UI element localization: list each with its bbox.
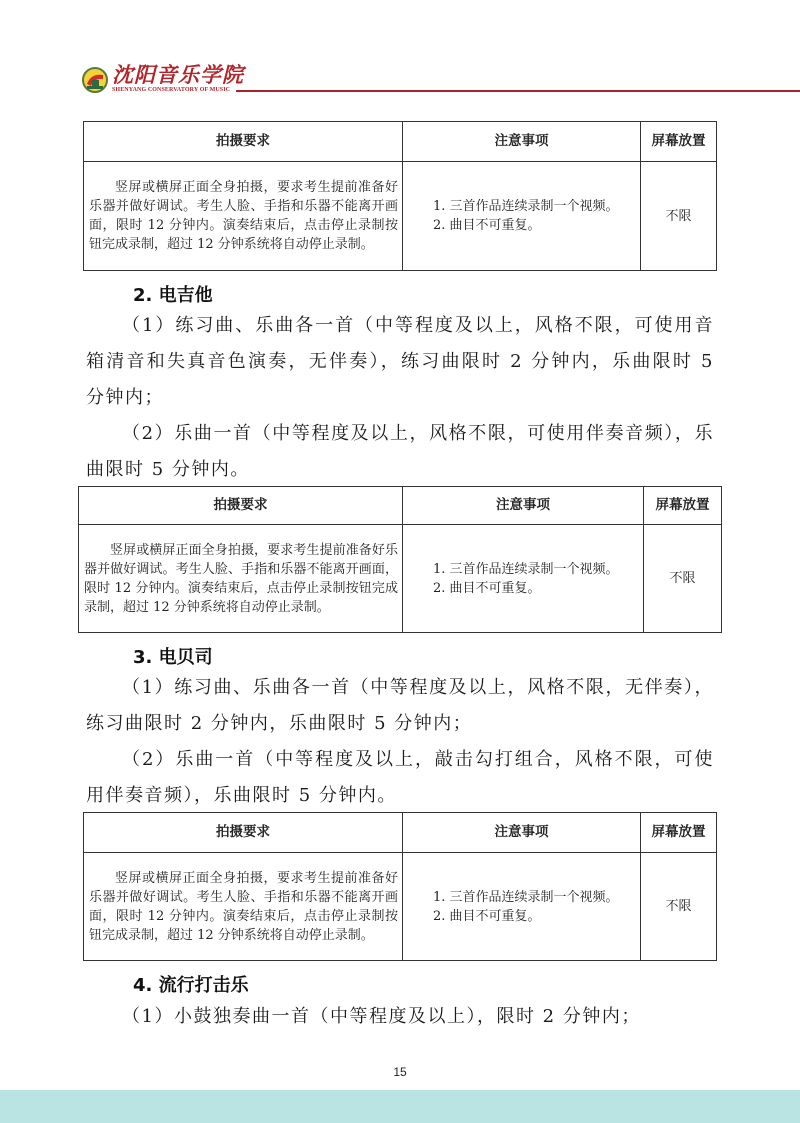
requirements-cell: 竖屏或横屏正面全身拍摄，要求考生提前准备好乐器并做好调试。考生人脸、手指和乐器不…	[79, 525, 403, 633]
notes-cell: 1. 三首作品连续录制一个视频。 2. 曲目不可重复。	[403, 162, 641, 271]
conservatory-emblem-icon	[82, 67, 108, 93]
header-cell-screen: 屏幕放置	[641, 813, 717, 853]
header-cell-notes: 注意事项	[403, 813, 641, 853]
notes-cell: 1. 三首作品连续录制一个视频。 2. 曲目不可重复。	[403, 525, 644, 633]
section-item: （1）练习曲、乐曲各一首（中等程度及以上，风格不限，可使用音箱清音和失真音色演奏…	[86, 308, 714, 416]
footer-band	[0, 1090, 800, 1123]
notes-cell: 1. 三首作品连续录制一个视频。 2. 曲目不可重复。	[403, 853, 641, 961]
table-row: 竖屏或横屏正面全身拍摄，要求考生提前准备好乐器并做好调试。考生人脸、手指和乐器不…	[79, 525, 722, 633]
requirements-table-3: 拍摄要求 注意事项 屏幕放置 竖屏或横屏正面全身拍摄，要求考生提前准备好乐器并做…	[83, 812, 717, 961]
document-header: 沈阳音乐学院 SHENYANG CONSERVATORY OF MUSIC	[0, 60, 800, 100]
section-item: （2）乐曲一首（中等程度及以上，敲击勾打组合，风格不限，可使用伴奏音频），乐曲限…	[86, 742, 714, 814]
note-item: 1. 三首作品连续录制一个视频。	[407, 560, 639, 579]
note-item: 2. 曲目不可重复。	[407, 907, 636, 926]
header-divider	[236, 90, 800, 92]
table-row: 竖屏或横屏正面全身拍摄，要求考生提前准备好乐器并做好调试。考生人脸、手指和乐器不…	[84, 162, 717, 271]
institution-name-cn: 沈阳音乐学院	[112, 63, 244, 87]
header-cell-requirements: 拍摄要求	[79, 487, 403, 525]
institution-name-en: SHENYANG CONSERVATORY OF MUSIC	[112, 87, 230, 94]
screen-cell: 不限	[641, 162, 717, 271]
section-item: （1）小鼓独奏曲一首（中等程度及以上），限时 2 分钟内；	[86, 999, 714, 1035]
requirements-table-1: 拍摄要求 注意事项 屏幕放置 竖屏或横屏正面全身拍摄，要求考生提前准备好乐器并做…	[83, 121, 717, 271]
table-header-row: 拍摄要求 注意事项 屏幕放置	[84, 813, 717, 853]
table-header-row: 拍摄要求 注意事项 屏幕放置	[84, 122, 717, 162]
table-row: 竖屏或横屏正面全身拍摄，要求考生提前准备好乐器并做好调试。考生人脸、手指和乐器不…	[84, 853, 717, 961]
header-cell-notes: 注意事项	[403, 122, 641, 162]
section-item: （1）练习曲、乐曲各一首（中等程度及以上，风格不限，无伴奏），练习曲限时 2 分…	[86, 670, 714, 742]
section-title-electric-bass: 3. 电贝司	[133, 643, 213, 669]
header-cell-screen: 屏幕放置	[644, 487, 722, 525]
requirements-cell: 竖屏或横屏正面全身拍摄，要求考生提前准备好乐器并做好调试。考生人脸、手指和乐器不…	[84, 853, 403, 961]
note-item: 1. 三首作品连续录制一个视频。	[407, 197, 636, 216]
header-cell-screen: 屏幕放置	[641, 122, 717, 162]
section-title-pop-percussion: 4. 流行打击乐	[133, 971, 249, 997]
requirements-table-2: 拍摄要求 注意事项 屏幕放置 竖屏或横屏正面全身拍摄，要求考生提前准备好乐器并做…	[78, 486, 722, 633]
section-item: （2）乐曲一首（中等程度及以上，风格不限，可使用伴奏音频），乐曲限时 5 分钟内…	[86, 416, 714, 488]
note-item: 2. 曲目不可重复。	[407, 216, 636, 235]
screen-cell: 不限	[641, 853, 717, 961]
note-item: 2. 曲目不可重复。	[407, 579, 639, 598]
section-title-electric-guitar: 2. 电吉他	[133, 281, 213, 307]
requirements-cell: 竖屏或横屏正面全身拍摄，要求考生提前准备好乐器并做好调试。考生人脸、手指和乐器不…	[84, 162, 403, 271]
table-header-row: 拍摄要求 注意事项 屏幕放置	[79, 487, 722, 525]
header-cell-notes: 注意事项	[403, 487, 644, 525]
screen-cell: 不限	[644, 525, 722, 633]
header-cell-requirements: 拍摄要求	[84, 122, 403, 162]
note-item: 1. 三首作品连续录制一个视频。	[407, 888, 636, 907]
header-cell-requirements: 拍摄要求	[84, 813, 403, 853]
page-number: 15	[0, 1065, 800, 1079]
